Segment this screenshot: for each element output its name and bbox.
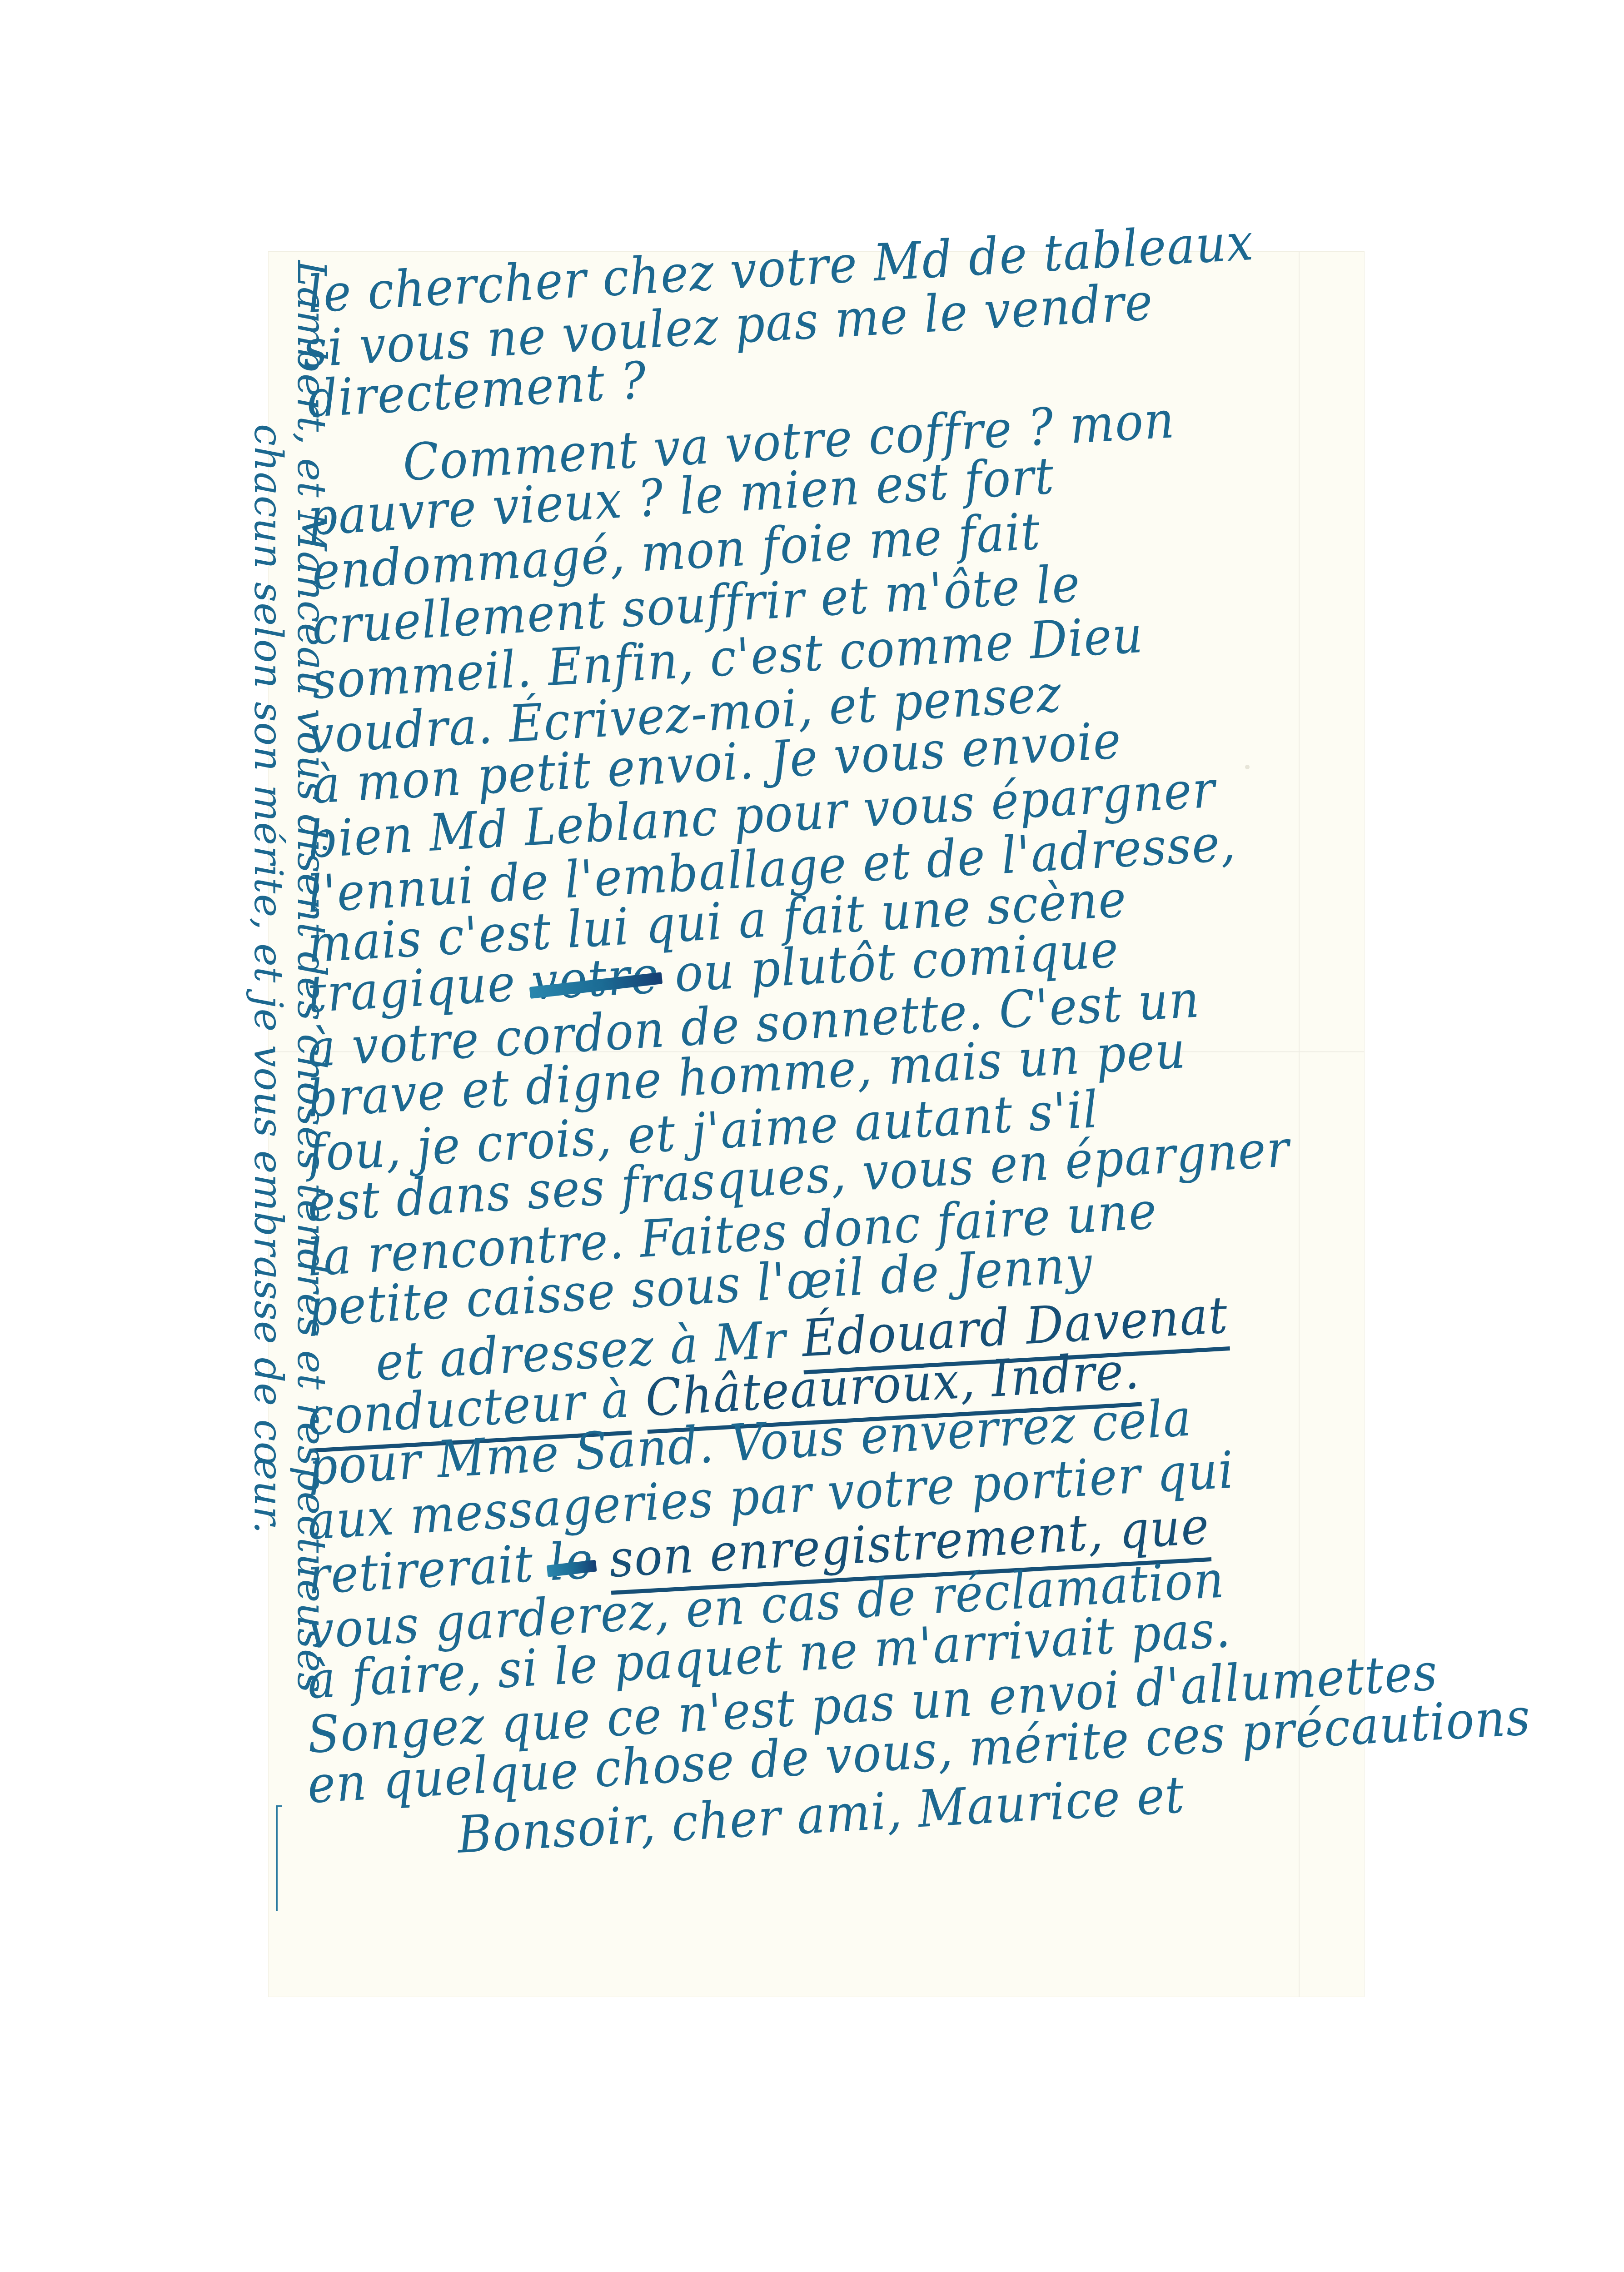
paper-stain <box>1245 765 1250 769</box>
struck-word: le <box>548 1535 595 1588</box>
struck-word: votre <box>530 950 661 1008</box>
margin-bracket <box>276 1805 282 1911</box>
letter-page: le chercher chez votre Md de tableaux si… <box>268 251 1365 1997</box>
margin-note-line-1: Lambert, et Manceau vous disent des chos… <box>289 260 334 1693</box>
margin-note-line-2: chacun selon son mérite, et je vous embr… <box>245 424 291 1534</box>
